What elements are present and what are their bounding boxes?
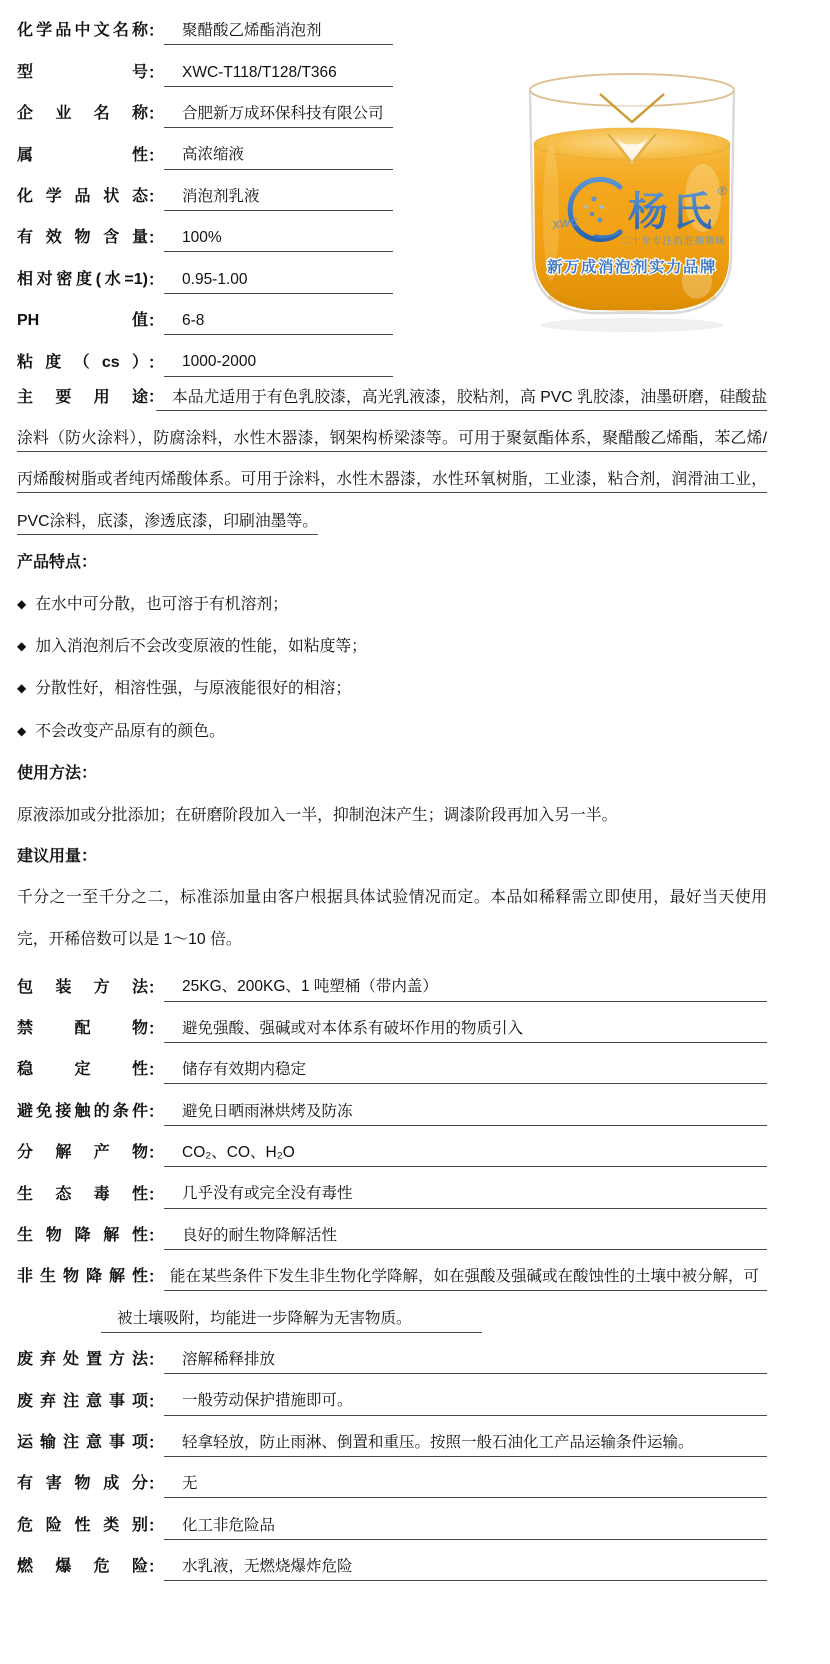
field-value: CO₂、CO、H₂O xyxy=(164,1143,767,1167)
logo-dot xyxy=(598,218,603,223)
field-value: 25KG、200KG、1 吨塑桶（带内盖） xyxy=(164,977,767,1001)
product-beaker-image: XWC 杨氏 ® 二十年专注消泡剂领域 新万成消泡剂实力品牌 xyxy=(487,48,777,338)
field-row-abiotic-degradability: 非生物降解性： 能在某些条件下发生非生物化学降解，如在强酸及强碱或在酸蚀性的土壤… xyxy=(17,1250,767,1291)
field-colon: ： xyxy=(148,18,164,45)
field-colon: ： xyxy=(148,1430,164,1457)
field-row-company: 企业名称： 合肥新万成环保科技有限公司 xyxy=(17,87,393,128)
field-label: PH值 xyxy=(17,311,148,335)
field-label: 运输注意事项 xyxy=(17,1433,148,1457)
field-row-disposal-method: 废弃处置方法： 溶解稀释排放 xyxy=(17,1333,767,1374)
feature-text: 分散性好，相溶性强，与原液能很好的相溶； xyxy=(35,680,351,697)
field-value: 6-8 xyxy=(164,311,393,335)
usage-heading: 使用方法： xyxy=(17,753,767,794)
field-value-continued: 被土壤吸附，均能进一步降解为无害物质。 xyxy=(101,1309,482,1333)
top-fields: 化学品中文名称： 聚醋酸乙烯酯消泡剂 型号： XWC-T118/T128/T36… xyxy=(17,4,393,377)
field-label: 危险性类别 xyxy=(17,1516,148,1540)
field-colon: ： xyxy=(148,975,164,1002)
field-value: 100% xyxy=(164,228,393,252)
field-colon: ： xyxy=(148,350,164,377)
field-colon: ： xyxy=(148,308,164,335)
field-colon: ： xyxy=(148,1347,164,1374)
field-row-ecotoxicity: 生态毒性： 几乎没有或完全没有毒性 xyxy=(17,1167,767,1208)
field-colon: ： xyxy=(148,1016,164,1043)
main-use-paragraph: 主要用途： 本品尤适用于有色乳胶漆，高光乳液漆，胶粘剂，高 PVC 乳胶漆，油墨… xyxy=(17,377,767,543)
diamond-bullet-icon: ◆ xyxy=(17,724,26,738)
field-label: 稳定性 xyxy=(17,1060,148,1084)
field-value: 溶解稀释排放 xyxy=(164,1350,767,1374)
field-colon: ： xyxy=(148,225,164,252)
field-colon: ： xyxy=(148,1389,164,1416)
field-label: 废弃注意事项 xyxy=(17,1392,148,1416)
field-row-state: 化学品状态： 消泡剂乳液 xyxy=(17,170,393,211)
field-colon: ： xyxy=(148,143,164,170)
dosage-heading: 建议用量： xyxy=(17,836,767,877)
field-value: 无 xyxy=(164,1474,767,1498)
feature-text: 在水中可分散，也可溶于有机溶剂； xyxy=(35,596,288,613)
usage-text: 原液添加或分批添加；在研磨阶段加入一半，抑制泡沫产生；调漆阶段再加入另一半。 xyxy=(17,795,767,836)
field-label: 有效物含量 xyxy=(17,228,148,252)
field-row-attribute: 属性： 高浓缩液 xyxy=(17,128,393,169)
field-value: 化工非危险品 xyxy=(164,1516,767,1540)
field-value: 几乎没有或完全没有毒性 xyxy=(164,1184,767,1208)
feature-item: ◆加入消泡剂后不会改变原液的性能，如粘度等； xyxy=(17,626,767,668)
field-value: 高浓缩液 xyxy=(164,145,393,169)
field-row-active-content: 有效物含量： 100% xyxy=(17,211,393,252)
field-colon: ： xyxy=(148,184,164,211)
features-heading: 产品特点： xyxy=(17,542,767,583)
field-value: 1000-2000 xyxy=(164,352,393,376)
field-value: 水乳液，无燃烧爆炸危险 xyxy=(164,1557,767,1581)
brand-slogan-text: 新万成消泡剂实力品牌 xyxy=(547,257,717,276)
field-colon: ： xyxy=(148,1057,164,1084)
field-colon: ： xyxy=(148,1140,164,1167)
logo-dot xyxy=(600,205,604,209)
field-row-hazardous-components: 有害物成分： 无 xyxy=(17,1457,767,1498)
field-colon: ： xyxy=(148,1223,164,1250)
field-label: 废弃处置方法 xyxy=(17,1350,148,1374)
field-label: 分解产物 xyxy=(17,1143,148,1167)
field-value: 一般劳动保护措施即可。 xyxy=(164,1391,767,1415)
field-label: 生物降解性 xyxy=(17,1226,148,1250)
logo-dot xyxy=(584,205,587,208)
diamond-bullet-icon: ◆ xyxy=(17,639,26,653)
field-label: 相对密度(水=1) xyxy=(17,270,148,294)
brand-logo: XWC 杨氏 ® 二十年专注消泡剂领域 新万成消泡剂实力品牌 xyxy=(547,180,727,276)
field-value: 良好的耐生物降解活性 xyxy=(164,1226,767,1250)
field-label: 有害物成分 xyxy=(17,1474,148,1498)
feature-text: 加入消泡剂后不会改变原液的性能，如粘度等； xyxy=(35,638,367,655)
field-label: 禁配物 xyxy=(17,1019,148,1043)
field-colon: ： xyxy=(148,1513,164,1540)
diamond-bullet-icon: ◆ xyxy=(17,681,26,695)
field-label: 化学品中文名称 xyxy=(17,21,148,45)
feature-item: ◆在水中可分散，也可溶于有机溶剂； xyxy=(17,584,767,626)
field-row-ph: PH值： 6-8 xyxy=(17,294,393,335)
field-colon: ： xyxy=(148,1471,164,1498)
feature-item: ◆分散性好，相溶性强，与原液能很好的相溶； xyxy=(17,668,767,710)
field-value: XWC-T118/T128/T366 xyxy=(164,63,393,87)
field-label: 主要用途 xyxy=(17,377,148,418)
field-colon: ： xyxy=(148,267,164,294)
field-row-density: 相对密度(水=1)： 0.95-1.00 xyxy=(17,252,393,293)
field-colon: ： xyxy=(148,1264,164,1291)
field-row-transport-precautions: 运输注意事项： 轻拿轻放，防止雨淋、倒置和重压。按照一般石油化工产品运输条件运输… xyxy=(17,1416,767,1457)
field-value: 合肥新万成环保科技有限公司 xyxy=(164,104,393,128)
beaker-shadow xyxy=(540,318,724,332)
feature-text: 不会改变产品原有的颜色。 xyxy=(35,723,225,740)
field-value: 聚醋酸乙烯酯消泡剂 xyxy=(164,21,393,45)
field-row-incompatibles: 禁配物： 避免强酸、强碱或对本体系有破坏作用的物质引入 xyxy=(17,1002,767,1043)
field-label: 燃爆危险 xyxy=(17,1557,148,1581)
field-row-decomposition-products: 分解产物： CO₂、CO、H₂O xyxy=(17,1126,767,1167)
dosage-text: 千分之一至千分之二，标准添加量由客户根据具体试验情况而定。本品如稀释需立即使用，… xyxy=(17,877,767,960)
field-row-packaging: 包装方法： 25KG、200KG、1 吨塑桶（带内盖） xyxy=(17,960,767,1001)
field-value: 避免日晒雨淋烘烤及防冻 xyxy=(164,1102,767,1126)
field-value: 储存有效期内稳定 xyxy=(164,1060,767,1084)
field-colon: ： xyxy=(148,101,164,128)
field-label: 包装方法 xyxy=(17,978,148,1002)
field-row-hazard-class: 危险性类别： 化工非危险品 xyxy=(17,1498,767,1539)
field-row-fire-explosion-hazard: 燃爆危险： 水乳液，无燃烧爆炸危险 xyxy=(17,1540,767,1581)
logo-dot xyxy=(590,212,594,216)
field-label: 企业名称 xyxy=(17,104,148,128)
field-value: 消泡剂乳液 xyxy=(164,187,393,211)
field-row-abiotic-degradability-cont: 被土壤吸附，均能进一步降解为无害物质。 xyxy=(17,1291,767,1332)
logo-dot xyxy=(592,197,597,202)
field-colon: ： xyxy=(148,1099,164,1126)
field-label: 避免接触的条件 xyxy=(17,1102,148,1126)
field-label: 非生物降解性 xyxy=(17,1267,148,1291)
diamond-bullet-icon: ◆ xyxy=(17,597,26,611)
field-row-viscosity: 粘度（cs）： 1000-2000 xyxy=(17,335,393,376)
field-row-chemical-name: 化学品中文名称： 聚醋酸乙烯酯消泡剂 xyxy=(17,4,393,45)
feature-item: ◆不会改变产品原有的颜色。 xyxy=(17,711,767,753)
brand-subtitle-text: 二十年专注消泡剂领域 xyxy=(620,235,725,247)
field-colon: ： xyxy=(148,1554,164,1581)
field-colon: ： xyxy=(148,60,164,87)
field-value: 0.95-1.00 xyxy=(164,270,393,294)
field-value: 轻拿轻放，防止雨淋、倒置和重压。按照一般石油化工产品运输条件运输。 xyxy=(164,1433,767,1457)
field-label: 属性 xyxy=(17,146,148,170)
field-label: 化学品状态 xyxy=(17,187,148,211)
field-label: 生态毒性 xyxy=(17,1185,148,1209)
registered-trademark-symbol: ® xyxy=(718,184,727,198)
field-row-model: 型号： XWC-T118/T128/T366 xyxy=(17,45,393,86)
field-label: 型号 xyxy=(17,63,148,87)
field-row-biodegradability: 生物降解性： 良好的耐生物降解活性 xyxy=(17,1209,767,1250)
field-value: 能在某些条件下发生非生物化学降解，如在强酸及强碱或在酸蚀性的土壤中被分解，可 xyxy=(164,1267,767,1291)
field-colon: ： xyxy=(148,389,156,406)
field-row-stability: 稳定性： 储存有效期内稳定 xyxy=(17,1043,767,1084)
field-row-conditions-to-avoid: 避免接触的条件： 避免日晒雨淋烘烤及防冻 xyxy=(17,1084,767,1125)
field-label: 粘度（cs） xyxy=(17,353,148,377)
field-colon: ： xyxy=(148,1182,164,1209)
field-row-disposal-precautions: 废弃注意事项： 一般劳动保护措施即可。 xyxy=(17,1374,767,1415)
field-value: 避免强酸、强碱或对本体系有破坏作用的物质引入 xyxy=(164,1019,767,1043)
brand-name-text: 杨氏 xyxy=(628,190,716,234)
